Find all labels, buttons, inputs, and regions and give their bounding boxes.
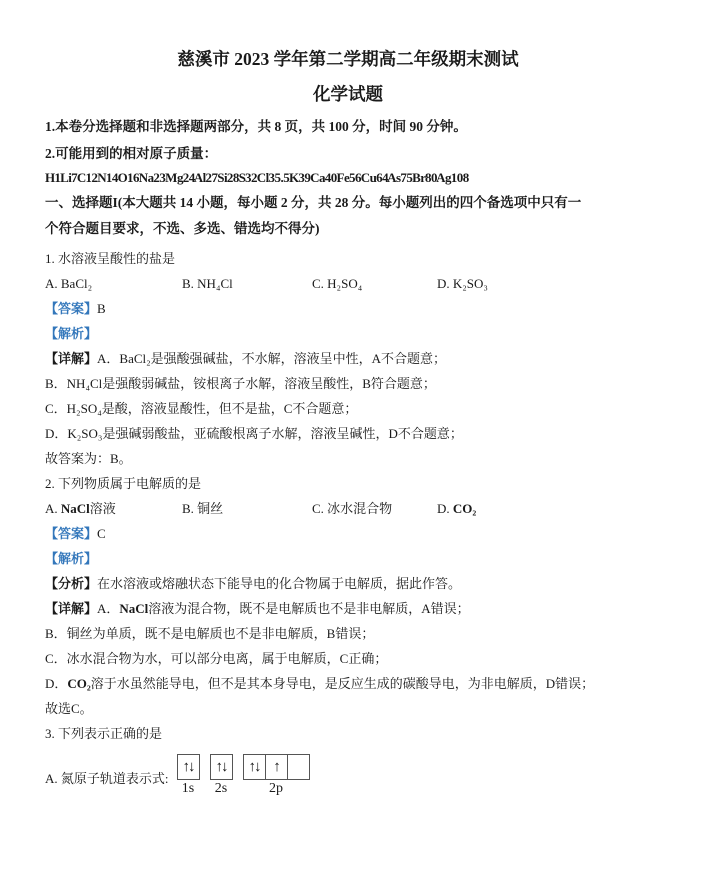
q2-detail-d-formula: CO₂ (67, 676, 90, 691)
q1-answer-line: 【答案】B (45, 296, 651, 321)
instruction-note-1: 1.本卷分选择题和非选择题两部分，共 8 页，共 100 分，时间 90 分钟。 (45, 118, 651, 135)
q2-option-a: A. NaCl溶液 (45, 496, 182, 521)
q2-detail-a: 【详解】A．NaCl溶液为混合物，既不是电解质也不是非电解质，A错误； (45, 596, 651, 621)
q2-detail-label: 【详解】 (45, 601, 97, 616)
q2-detail-a-rest: 溶液为混合物，既不是电解质也不是非电解质，A错误； (148, 601, 469, 616)
q3-stem: 3. 下列表示正确的是 (45, 721, 651, 746)
q2-answer-value: C (97, 526, 106, 541)
orbital-box-2p-3 (288, 754, 310, 780)
orbital-box-1s: ↑↓ (177, 754, 200, 780)
orbital-diagram: ↑↓ 1s ↑↓ 2s ↑↓ ↑ 2p (177, 754, 320, 798)
q2-detail-a-formula: NaCl (119, 601, 148, 616)
orbital-group-2p: ↑↓ ↑ 2p (243, 754, 310, 798)
q2-detail-a-pre: A． (97, 601, 119, 616)
q1-analysis-label: 【解析】 (45, 326, 97, 341)
q2-options-row: A. NaCl溶液 B. 铜丝 C. 冰水混合物 D. CO₂ (45, 496, 651, 521)
orbital-boxes-1s: ↑↓ (177, 754, 200, 780)
orbital-group-1s: ↑↓ 1s (177, 754, 200, 798)
orbital-boxes-2p: ↑↓ ↑ (243, 754, 310, 780)
q2-analysis-text: 在水溶液或熔融状态下能导电的化合物属于电解质，据此作答。 (97, 576, 461, 591)
atomic-mass-reference: H 1 Li 7 C 12 N 14 O 16 Na 23 Mg 24 Al 2… (45, 169, 651, 186)
orbital-label-2p: 2p (269, 780, 283, 798)
orbital-label-1s: 1s (182, 780, 194, 798)
orbital-boxes-2s: ↑↓ (210, 754, 233, 780)
q1-stem: 1. 水溶液呈酸性的盐是 (45, 246, 651, 271)
q1-option-c: C. H₂SO₄ (312, 271, 437, 296)
section-1-header-line-2: 个符合题目要求，不选、多选、错选均不得分) (45, 220, 651, 237)
q2-option-b-suffix: 铜丝 (197, 501, 223, 516)
orbital-box-2s: ↑↓ (210, 754, 233, 780)
orbital-group-2s: ↑↓ 2s (210, 754, 233, 798)
section-1-header-line-1: 一、选择题I(本大题共 14 小题，每小题 2 分，共 28 分。每小题列出的四… (45, 194, 651, 211)
q2-option-c-suffix: 冰水混合物 (327, 501, 392, 516)
q1-detail-b: B．NH₄Cl是强酸弱碱盐，铵根离子水解，溶液呈酸性，B符合题意； (45, 371, 651, 396)
q2-option-d: D. CO₂ (437, 496, 476, 521)
q1-option-d-formula: K₂SO₃ (453, 276, 488, 291)
q1-detail-label: 【详解】 (45, 351, 97, 366)
q2-analysis-line: 【分析】在水溶液或熔融状态下能导电的化合物属于电解质，据此作答。 (45, 571, 651, 596)
q3-option-a-label: A. 氮原子轨道表示式: (45, 766, 169, 791)
orbital-label-2s: 2s (215, 780, 227, 798)
q2-detail-d-rest: 溶于水虽然能导电，但不是其本身导电，是反应生成的碳酸导电，为非电解质，D错误； (91, 676, 594, 691)
q1-detail-a-text: A．BaCl₂是强酸强碱盐，不水解，溶液呈中性，A不合题意； (97, 351, 446, 366)
q1-detail-d: D．K₂SO₃是强碱弱酸盐，亚硫酸根离子水解，溶液呈碱性，D不合题意； (45, 421, 651, 446)
exam-title: 慈溪市 2023 学年第二学期高二年级期末测试 (45, 48, 651, 70)
q2-option-b-label: B. (182, 501, 194, 516)
q1-detail-c: C．H₂SO₄是酸，溶液显酸性，但不是盐，C不合题意； (45, 396, 651, 421)
q2-analysis-label-line: 【解析】 (45, 546, 651, 571)
q1-option-d: D. K₂SO₃ (437, 271, 488, 296)
instruction-note-2: 2.可能用到的相对原子质量： (45, 145, 651, 162)
q2-detail-d-pre: D． (45, 676, 67, 691)
q2-option-d-label: D. (437, 501, 450, 516)
exam-document-page: 慈溪市 2023 学年第二学期高二年级期末测试 化学试题 1.本卷分选择题和非选… (0, 0, 701, 877)
q1-option-d-label: D. (437, 276, 450, 291)
q2-option-b: B. 铜丝 (182, 496, 312, 521)
orbital-box-2p-2: ↑ (266, 754, 288, 780)
q2-option-a-formula: NaCl (61, 501, 90, 516)
q1-option-a-formula: BaCl₂ (61, 276, 92, 291)
q2-analysis-label: 【解析】 (45, 551, 97, 566)
q2-analysis-tag: 【分析】 (45, 576, 97, 591)
q1-option-a-label: A. (45, 276, 58, 291)
q1-option-b: B. NH₄Cl (182, 271, 312, 296)
q1-answer-label: 【答案】 (45, 301, 97, 316)
q2-option-c-label: C. (312, 501, 324, 516)
q2-answer-label: 【答案】 (45, 526, 97, 541)
q2-option-c: C. 冰水混合物 (312, 496, 437, 521)
q2-detail-b: B．铜丝为单质，既不是电解质也不是非电解质，B错误； (45, 621, 651, 646)
q1-conclusion: 故答案为：B。 (45, 446, 651, 471)
orbital-box-2p-1: ↑↓ (243, 754, 266, 780)
q3-option-a: A. 氮原子轨道表示式: ↑↓ 1s ↑↓ 2s ↑↓ ↑ 2 (45, 754, 651, 806)
q1-options-row: A. BaCl₂ B. NH₄Cl C. H₂SO₄ D. K₂SO₃ (45, 271, 651, 296)
q2-option-a-label: A. (45, 501, 58, 516)
q1-option-b-label: B. (182, 276, 194, 291)
q2-detail-d: D．CO₂溶于水虽然能导电，但不是其本身导电，是反应生成的碳酸导电，为非电解质，… (45, 671, 651, 696)
q1-detail-a: 【详解】A．BaCl₂是强酸强碱盐，不水解，溶液呈中性，A不合题意； (45, 346, 651, 371)
q2-detail-c: C．冰水混合物为水，可以部分电离，属于电解质，C正确； (45, 646, 651, 671)
q2-stem: 2. 下列物质属于电解质的是 (45, 471, 651, 496)
q2-answer-line: 【答案】C (45, 521, 651, 546)
q1-option-c-label: C. (312, 276, 324, 291)
q1-answer-value: B (97, 301, 106, 316)
q2-option-a-suffix: 溶液 (90, 501, 116, 516)
q2-conclusion: 故选C。 (45, 696, 651, 721)
q2-option-d-formula: CO₂ (453, 501, 476, 516)
q1-option-c-formula: H₂SO₄ (327, 276, 362, 291)
exam-subtitle: 化学试题 (45, 83, 651, 105)
q1-analysis-label-line: 【解析】 (45, 321, 651, 346)
q1-option-b-formula: NH₄Cl (197, 276, 233, 291)
q1-option-a: A. BaCl₂ (45, 271, 182, 296)
